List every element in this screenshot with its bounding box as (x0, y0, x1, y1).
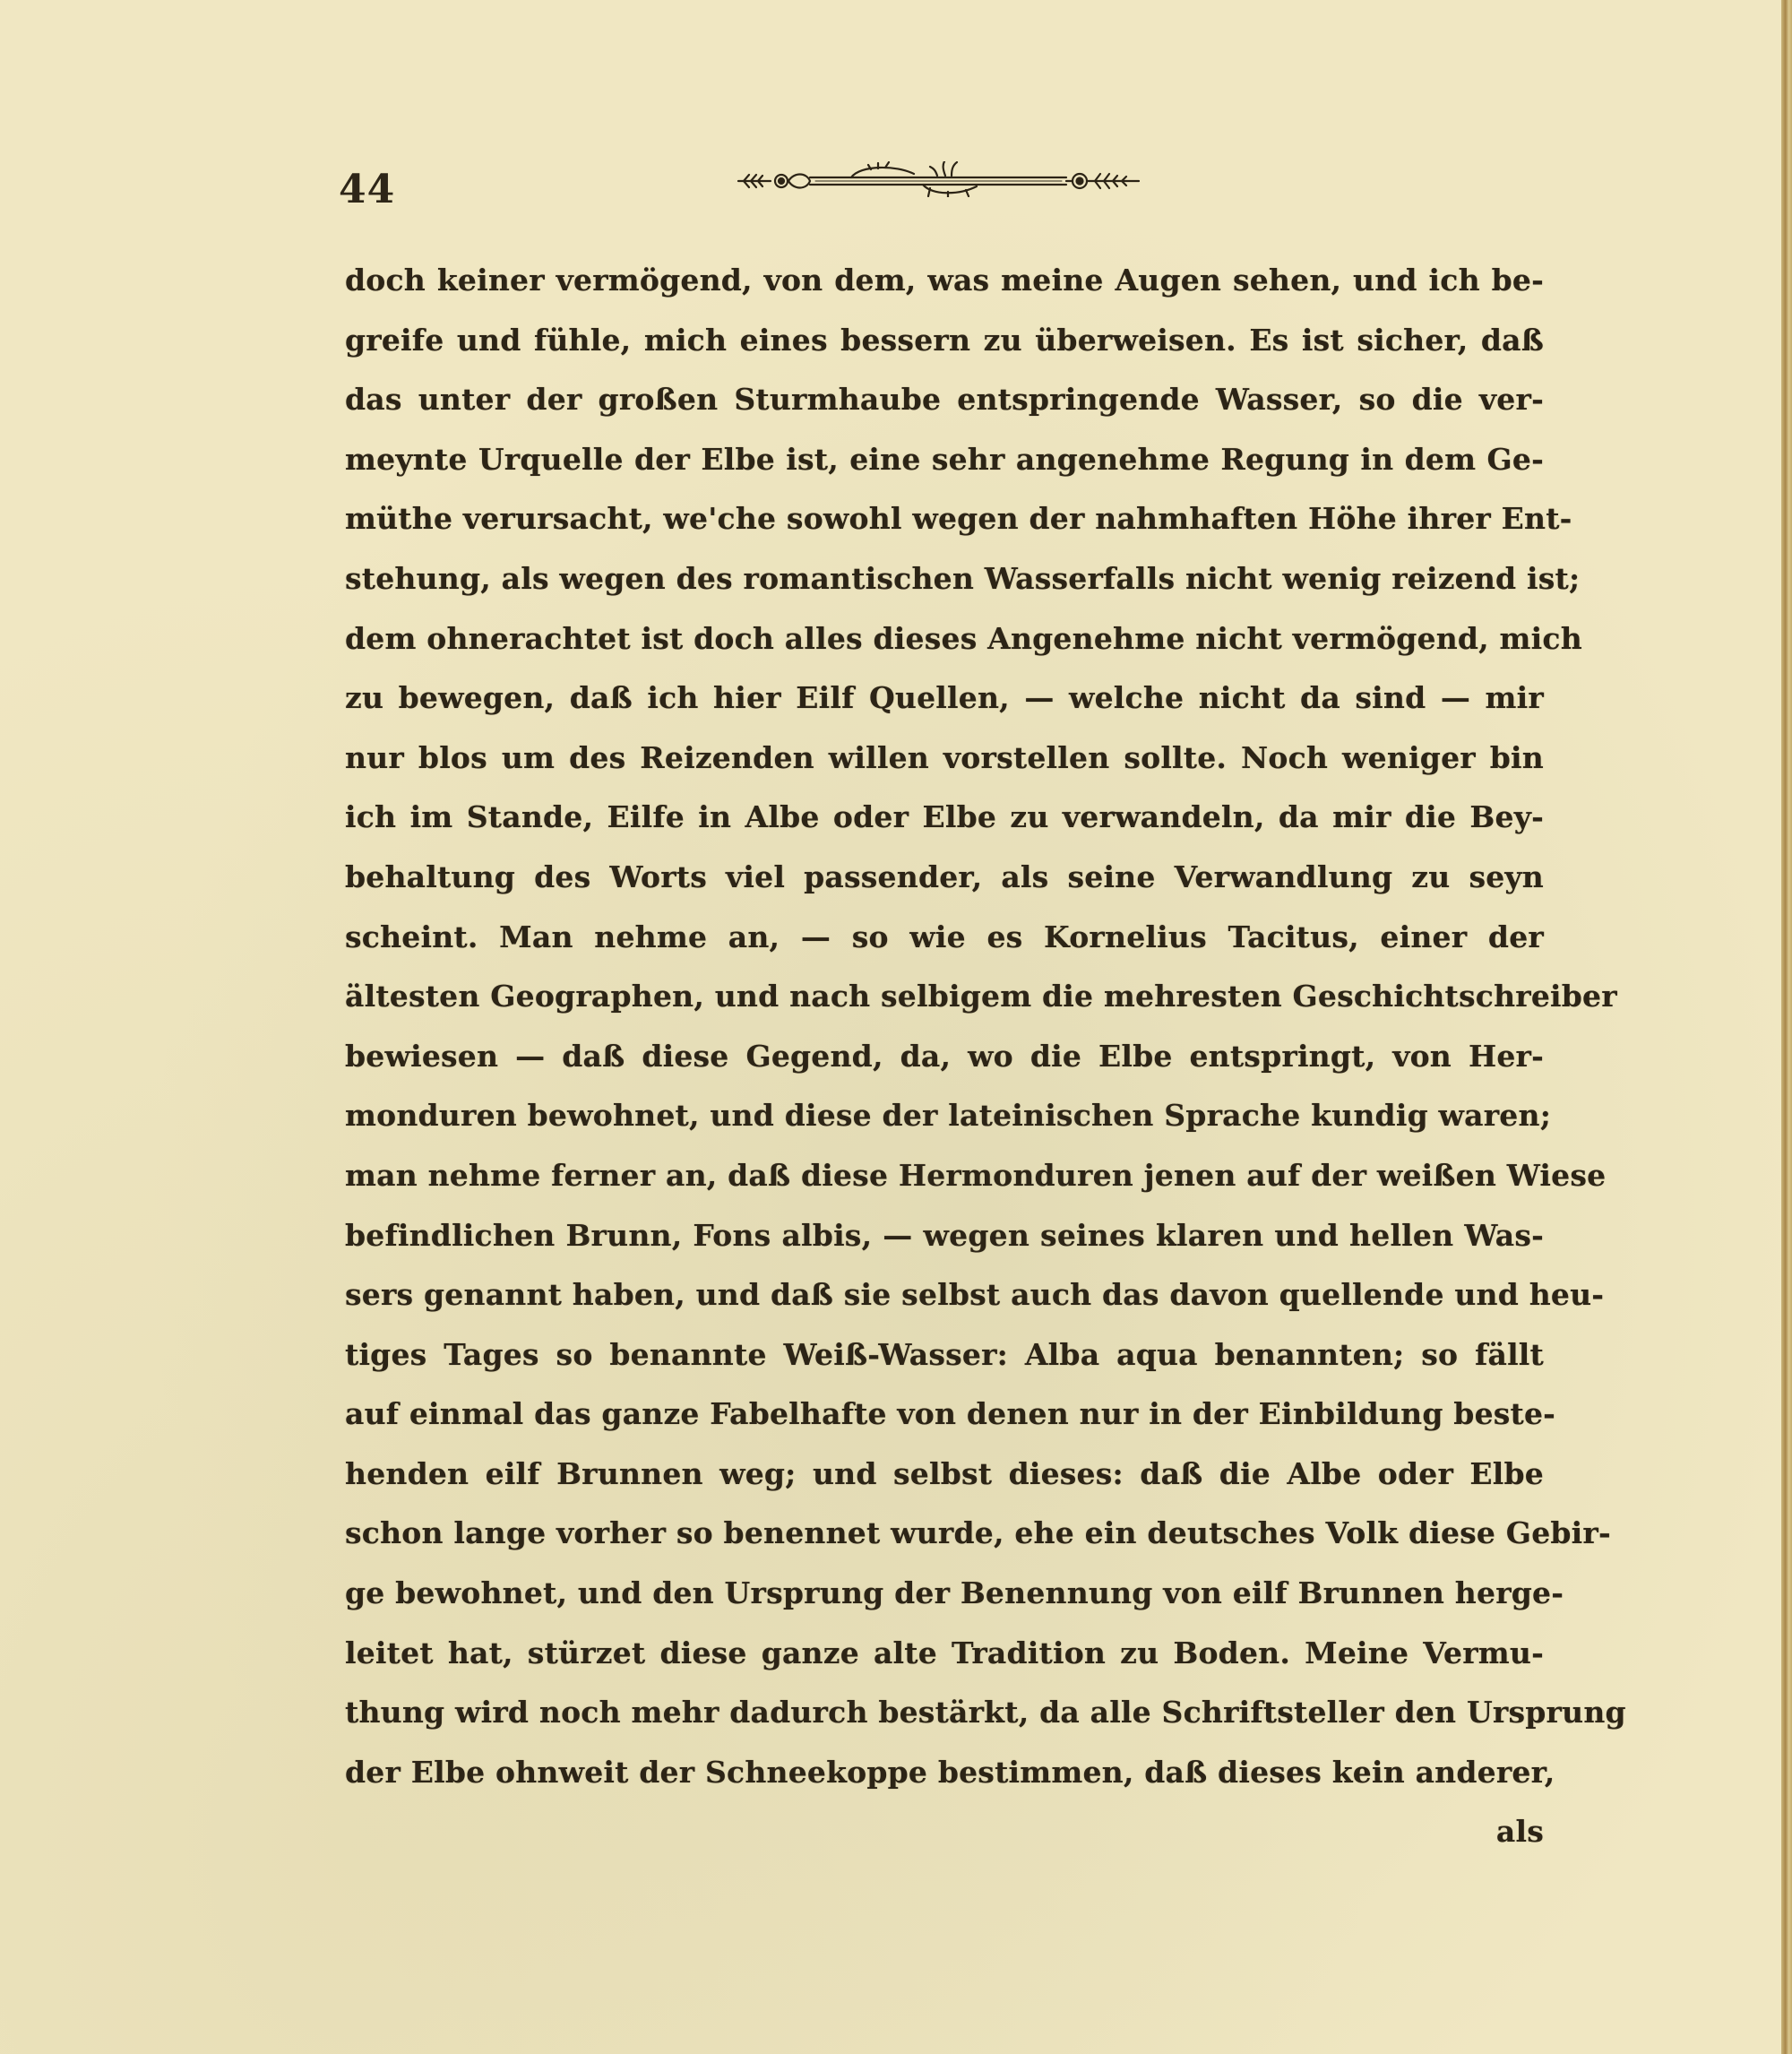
text-line: greife und fühle, mich eines bessern zu … (345, 311, 1544, 371)
text-line: zu bewegen, daß ich hier Eilf Quellen, —… (345, 669, 1544, 729)
text-line: sers genannt haben, und daß sie selbst a… (345, 1265, 1544, 1325)
text-line: doch keiner vermögend, von dem, was mein… (345, 251, 1544, 311)
text-line: nur blos um des Reizenden willen vorstel… (345, 729, 1544, 789)
text-line: das unter der großen Sturmhaube entsprin… (345, 370, 1544, 430)
book-edge (1781, 0, 1792, 2054)
text-line: tiges Tages so benannte Weiß-Wasser: Alb… (345, 1325, 1544, 1385)
text-line: dem ohnerachtet ist doch alles dieses An… (345, 609, 1544, 669)
text-line: müthe verursacht, we'che sowohl wegen de… (345, 489, 1544, 549)
text-line: bewiesen — daß diese Gegend, da, wo die … (345, 1027, 1544, 1087)
text-line: man nehme ferner an, daß diese Hermondur… (345, 1146, 1544, 1206)
text-line: der Elbe ohnweit der Schneekoppe bestimm… (345, 1743, 1544, 1803)
text-line: behaltung des Worts viel passender, als … (345, 848, 1544, 908)
floral-headpiece-ornament (735, 161, 1142, 197)
text-line: ich im Stande, Eilfe in Albe oder Elbe z… (345, 788, 1544, 848)
text-line: scheint. Man nehme an, — so wie es Korne… (345, 908, 1544, 968)
text-line: meynte Urquelle der Elbe ist, eine sehr … (345, 430, 1544, 490)
text-line: stehung, als wegen des romantischen Wass… (345, 549, 1544, 609)
text-line: leitet hat, stürzet diese ganze alte Tra… (345, 1624, 1544, 1684)
text-line: ältesten Geographen, und nach selbigem d… (345, 967, 1544, 1027)
page-number: 44 (339, 167, 395, 212)
text-line: monduren bewohnet, und diese der lateini… (345, 1086, 1544, 1146)
text-line: auf einmal das ganze Fabelhafte von dene… (345, 1385, 1544, 1445)
text-line: henden eilf Brunnen weg; und selbst dies… (345, 1445, 1544, 1505)
text-line: ge bewohnet, und den Ursprung der Benenn… (345, 1564, 1544, 1624)
text-line: befindlichen Brunn, Fons albis, — wegen … (345, 1206, 1544, 1266)
body-text: doch keiner vermögend, von dem, was mein… (345, 251, 1544, 1862)
text-line: thung wird noch mehr dadurch bestärkt, d… (345, 1683, 1544, 1743)
text-line: schon lange vorher so benennet wurde, eh… (345, 1504, 1544, 1564)
catchword: als (345, 1802, 1544, 1862)
